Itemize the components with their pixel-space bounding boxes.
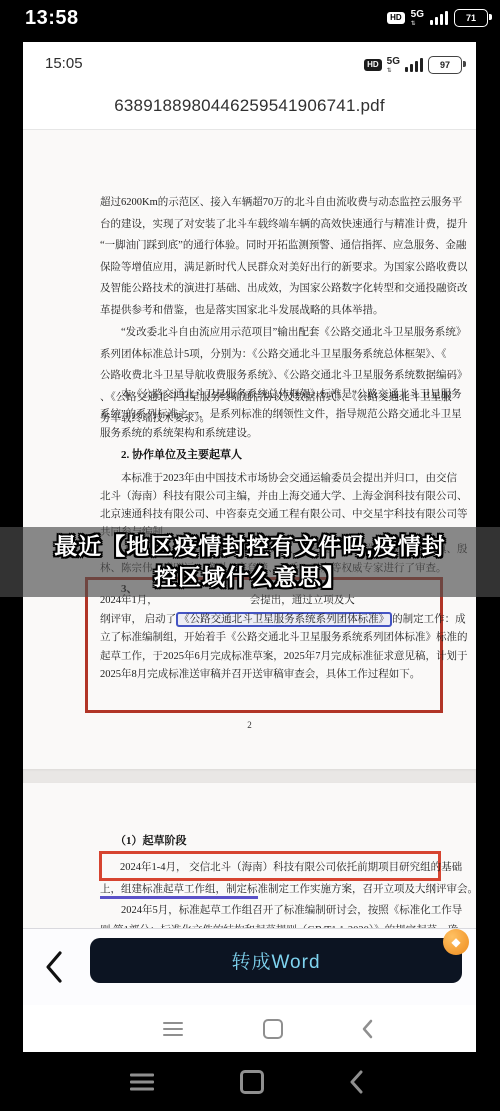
recents-nav-icon[interactable]	[240, 1070, 264, 1094]
back-nav-icon[interactable]	[348, 1070, 364, 1094]
doc-line: 超过6200Km的示范区、接入车辆超70万的北斗自由流收费与动态监控云服务平	[100, 192, 440, 214]
paragraph: 2024年1月，会提出，通过立项及大 纲评审， 启动了《公路交通北斗卫星服务系统…	[23, 592, 476, 685]
screenshot-root: 13:58 HD 5G ⇅ 71 15:05 HD 5G ⇅ 97	[0, 0, 500, 1111]
data-arrows-icon: ⇅	[387, 68, 392, 74]
doc-line: 起草工作，于2025年6月完成标准草案，2025年7月完成标准征求意见稿，计划于	[100, 648, 440, 667]
back-nav-icon[interactable]	[360, 1019, 374, 1039]
section-heading: （1）起草阶段	[115, 832, 187, 848]
hd-icon: HD	[387, 12, 405, 24]
battery-icon: 97	[428, 56, 462, 74]
doc-line: 本标准于2023年由中国技术市场协会交通运输委员会提出并归口，由交信	[100, 470, 440, 488]
doc-line: 系统”的系列标准之一，是系列标准的纲领性文件，指导规范公路交通北斗卫星	[100, 405, 440, 425]
doc-line: 立了标准编制组，开始着手《公路交通北斗卫星服务系统系列团体标准》标准的	[100, 629, 440, 648]
inner-clock: 15:05	[45, 55, 83, 72]
back-icon[interactable]	[41, 949, 67, 985]
doc-line: 北斗（海南）科技有限公司主编，并由上海交通大学、上海金润科技有限公司、	[100, 488, 440, 506]
network-type-icon: 5G ⇅	[387, 57, 400, 74]
doc-line: “一脚油门踩到底”的通行体验。同时开拓监测预警、通信指挥、应急服务、金融	[100, 235, 440, 257]
doc-line: 上，组建标准起草工作组，制定标准制定工作实施方案，召开立项及大纲评审会。	[100, 881, 440, 899]
convert-to-word-button[interactable]: 转成Word ◆	[90, 938, 462, 983]
paragraph: 2024年5月，标准起草工作组召开了标准编制研讨会，按照《标准化工作导 则 第1…	[23, 901, 476, 928]
signal-bars-icon	[430, 11, 448, 25]
doc-line: 及智能公路技术的演进打基础、出成效，为国家公路数字化转型和交通投融资改	[100, 278, 440, 300]
network-type-icon: 5G ⇅	[411, 10, 424, 27]
page-number: 2	[23, 720, 476, 730]
caption-text-line: 控区域什么意思】	[154, 562, 346, 593]
menu-nav-icon[interactable]	[163, 1022, 183, 1036]
hd-icon: HD	[364, 59, 382, 71]
doc-line: 2024年5月，标准起草工作组召开了标准编制研讨会，按照《标准化工作导	[100, 901, 440, 921]
caption-text-line: 最近【地区疫情封控有文件吗,疫情封	[54, 531, 445, 562]
data-arrows-icon: ⇅	[411, 21, 416, 27]
outer-navigation-bar	[0, 1052, 500, 1111]
blue-highlight-box: 《公路交通北斗卫星服务系统系列团体标准》	[176, 612, 392, 627]
doc-line: 服务系统的系统架构和系统建设。	[100, 424, 440, 444]
caption-overlay: 最近【地区疫情封控有文件吗,疫情封 控区域什么意思】	[0, 527, 500, 597]
doc-line: 本《公路交通北斗卫星服务系统总体框架》标准是“公路交通北斗卫星服务	[100, 385, 440, 405]
doc-line: 台的建设，实现了对安装了北斗车载终端车辆的高效快速通行与精准计费，提升	[100, 214, 440, 236]
paragraph: 上，组建标准起草工作组，制定标准制定工作实施方案，召开立项及大纲评审会。	[23, 881, 476, 899]
doc-line: 2024年1-4月， 交信北斗（海南）科技有限公司依托前期项目研究组的基础	[120, 859, 430, 874]
doc-line: 2025年8月完成标准送审稿并召开送审稿审查会，具体工作过程如下。	[100, 666, 440, 685]
menu-nav-icon[interactable]	[130, 1073, 154, 1090]
doc-line: 公路收费北斗卫星导航收费服务系统》、《公路交通北斗卫星服务系统数据编码》	[100, 365, 440, 387]
doc-line: 北京速通科技有限公司、中咨泰克交通工程有限公司、中交星宇科技有限公司等	[100, 506, 440, 524]
red-annotation-box: 2024年1-4月， 交信北斗（海南）科技有限公司依托前期项目研究组的基础	[99, 851, 441, 881]
doc-line: “发改委北斗自由流应用示范项目”输出配套《公路交通北斗卫星服务系统》	[100, 322, 440, 344]
paragraph: 超过6200Km的示范区、接入车辆超70万的北斗自由流收费与动态监控云服务平 台…	[23, 192, 476, 321]
paragraph: 本《公路交通北斗卫星服务系统总体框架》标准是“公路交通北斗卫星服务 系统”的系列…	[23, 385, 476, 444]
outer-clock: 13:58	[25, 7, 79, 30]
pdf-filename: 6389188980446259541906741.pdf	[23, 96, 476, 116]
recents-nav-icon[interactable]	[263, 1019, 283, 1039]
battery-icon: 71	[454, 9, 488, 27]
purple-underline: 上，组建标准起草工作组，制定标	[100, 884, 258, 899]
premium-gem-icon: ◆	[443, 929, 469, 955]
outer-status-bar: 13:58 HD 5G ⇅ 71	[0, 0, 500, 42]
page-break-band	[23, 769, 476, 783]
inner-navigation-bar	[23, 1005, 476, 1052]
signal-bars-icon	[405, 58, 423, 72]
action-bar: 转成Word ◆	[23, 928, 476, 1006]
doc-line: 保险等增值应用，满足新时代人民群众对美好出行的新要求。为国家公路收费以	[100, 257, 440, 279]
doc-line: 纲评审， 启动了《公路交通北斗卫星服务系统系列团体标准》的制定工作：成	[100, 611, 440, 630]
convert-button-label: 转成Word	[231, 947, 320, 974]
section-heading: 2. 协作单位及主要起草人	[121, 446, 242, 462]
doc-line: 系列团体标准总计5项，分别为：《公路交通北斗卫星服务系统总体框架》、《	[100, 344, 440, 366]
doc-line: 革提供参考和借鉴，也是落实国家北斗发展战略的具体举措。	[100, 300, 440, 322]
doc-line: 则 第1部分：标准化文件的结构和起草规则（GB/T1.1-2020）》的规定起草…	[100, 921, 440, 928]
